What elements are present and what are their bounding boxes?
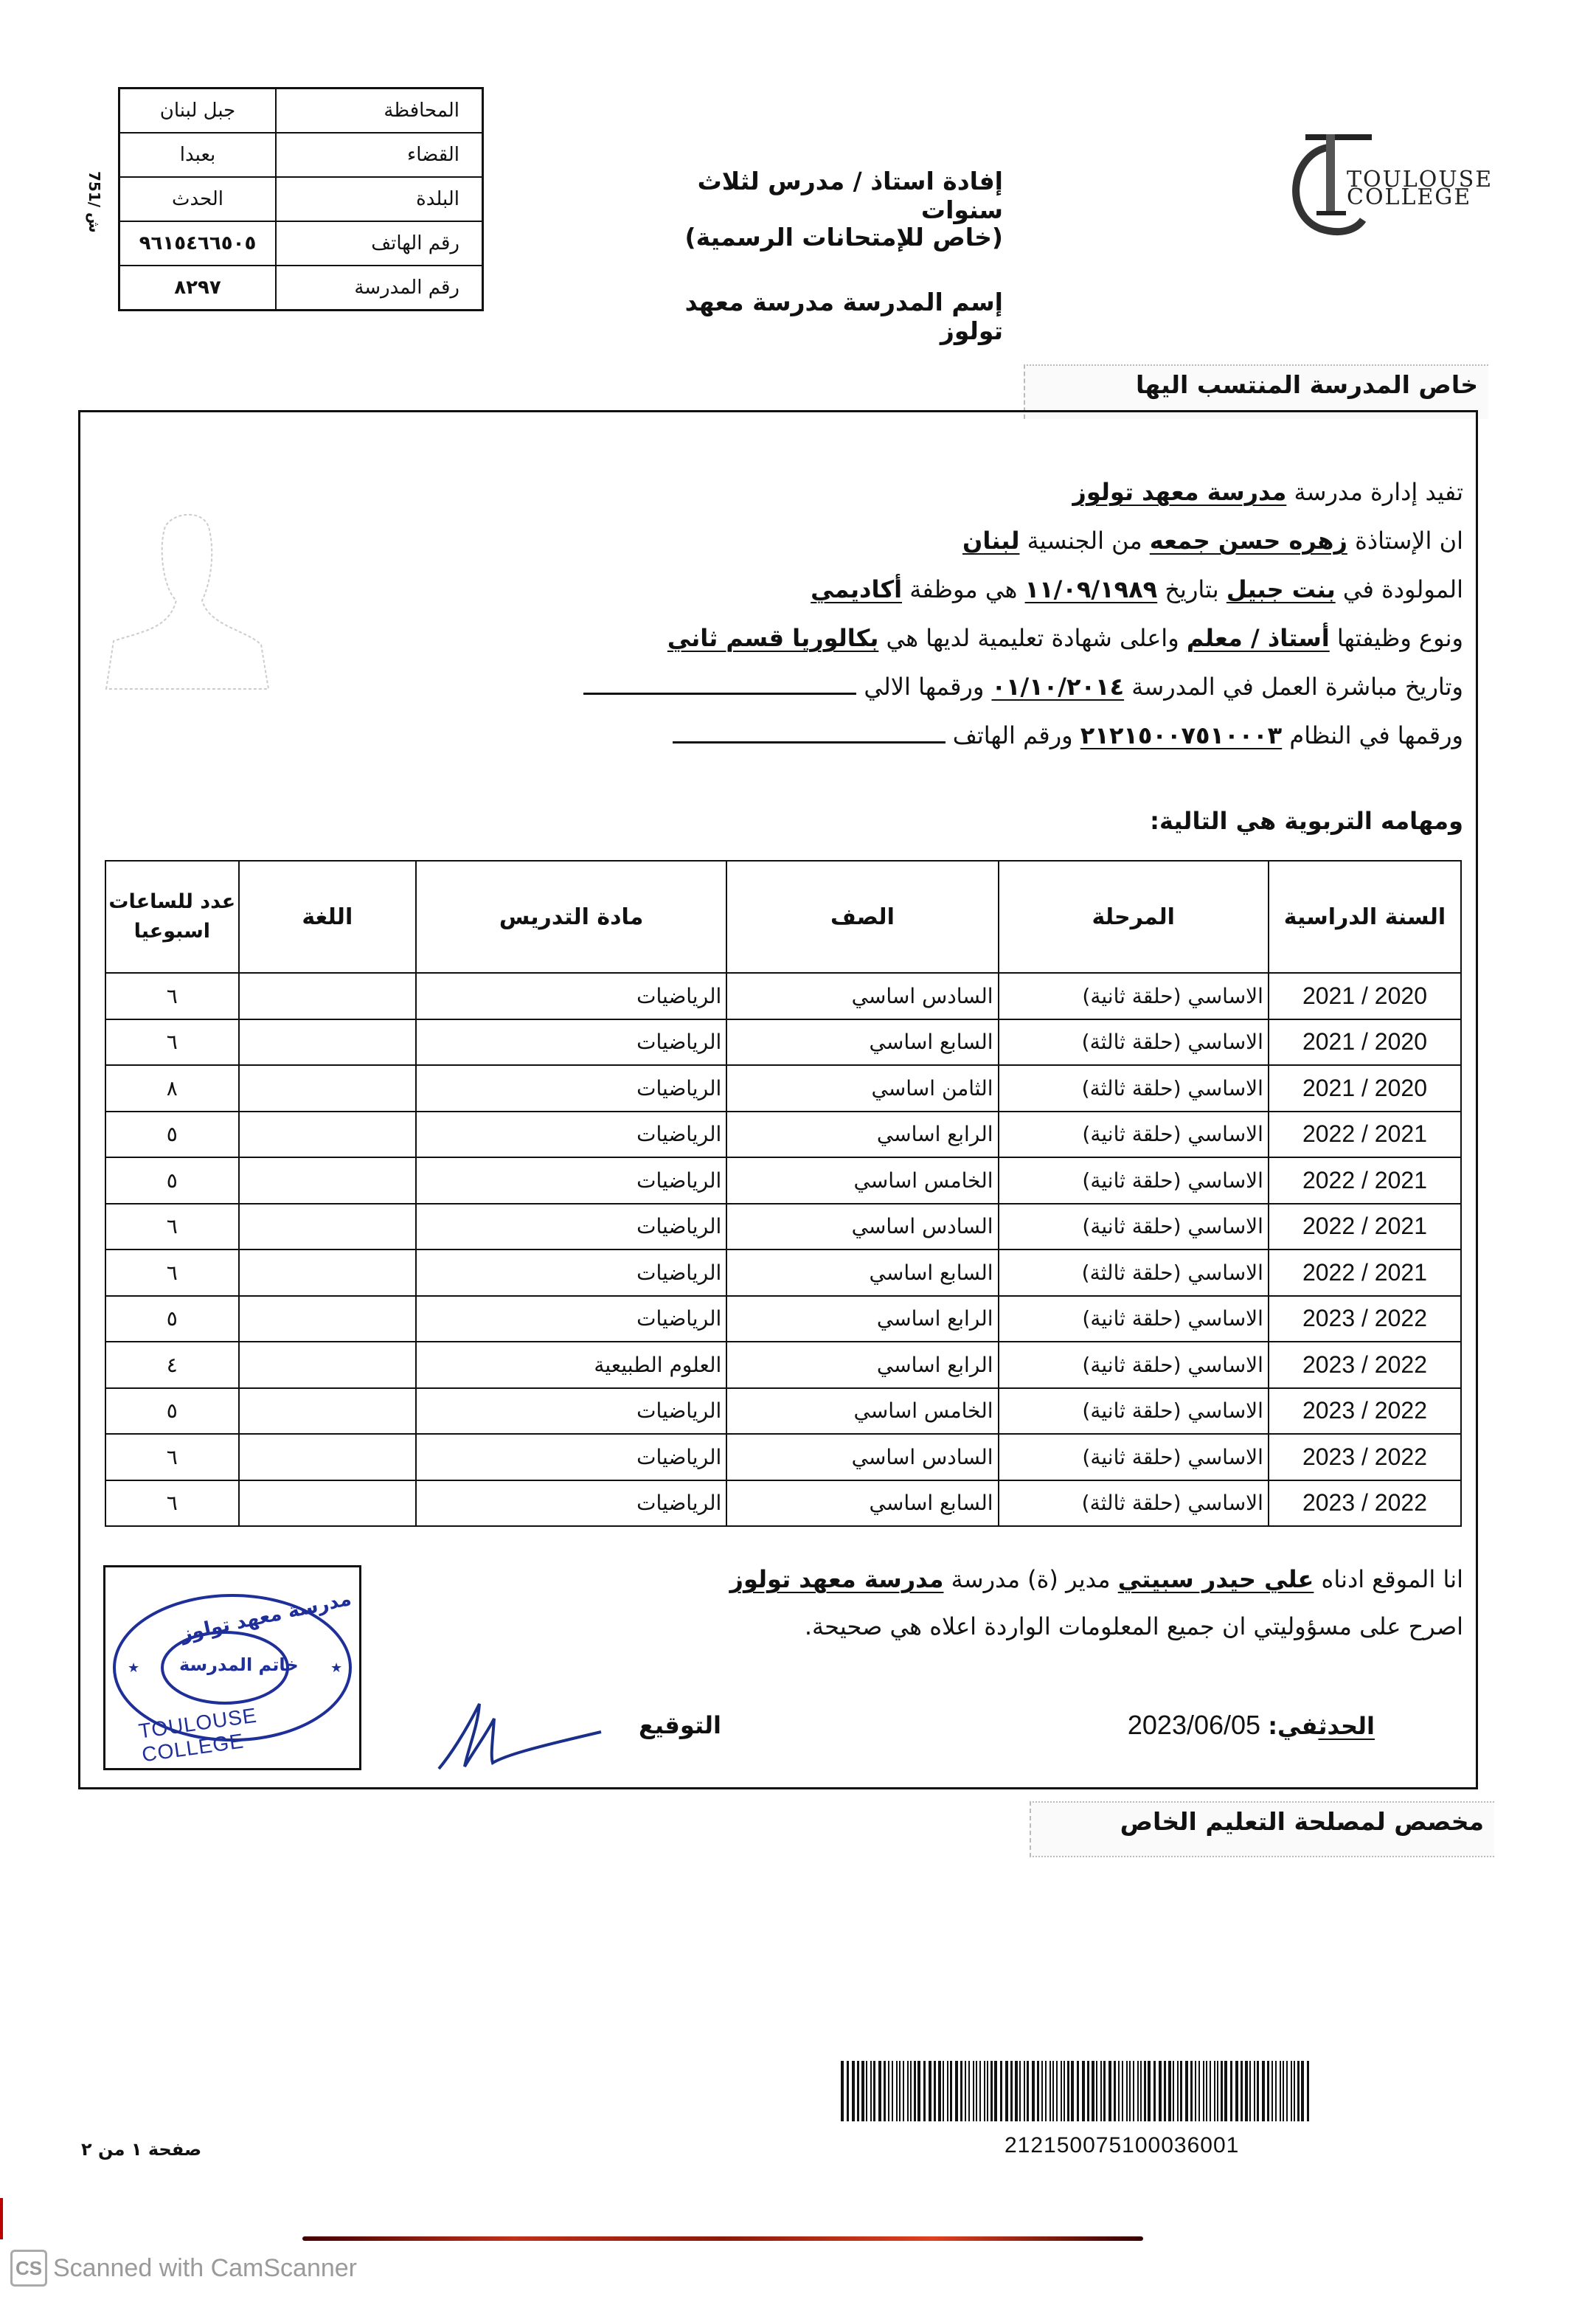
table-row: 2021 / 2022الاساسي (حلقة ثانية)الرابع اس…: [105, 1112, 1461, 1158]
grade-cell: الخامس اساسي: [726, 1157, 998, 1204]
hours-cell: ٥: [105, 1388, 239, 1435]
body-line-5: وتاريخ مباشرة العمل في المدرسة ٠١/١٠/٢٠١…: [583, 673, 1463, 701]
language-cell: [239, 1019, 416, 1066]
grade-cell: السادس اساسي: [726, 1434, 998, 1480]
document-subtitle: (خاص للإمتحانات الرسمية): [620, 223, 1003, 252]
grade-cell: السادس اساسي: [726, 973, 998, 1019]
language-cell: [239, 1388, 416, 1435]
birth-date-value: ١١/٠٩/١٩٨٩: [1025, 575, 1158, 603]
info-label: المحافظة: [276, 89, 483, 134]
subject-cell: الرياضيات: [416, 1019, 726, 1066]
camscanner-logo-icon: CS: [10, 2250, 47, 2287]
info-label: القضاء: [276, 133, 483, 177]
language-cell: [239, 1157, 416, 1204]
grade-cell: الرابع اساسي: [726, 1112, 998, 1158]
header-weekly-hours: عدد للساعات اسبوعيا: [105, 861, 239, 973]
stamp-box: ★ ★ مدرسة معهد تولوز خاتم المدرسة TOULOU…: [103, 1565, 361, 1770]
signature-mark: [435, 1689, 612, 1781]
section-label-private-education: مخصص لمصلحة التعليم الخاص: [1030, 1801, 1494, 1857]
degree-value: بكالوريا قسم ثاني: [667, 624, 878, 652]
declaration-date: 2023/06/05: [1128, 1710, 1260, 1740]
barcode-icon: [841, 2061, 1438, 2121]
start-date-value: ٠١/١٠/٢٠١٤: [991, 673, 1124, 701]
year-cell: 2021 / 2022: [1269, 1112, 1461, 1158]
duties-intro: ومهامه التربوية هي التالية:: [1150, 807, 1463, 835]
table-row: 2021 / 2022الاساسي (حلقة ثانية)الخامس اس…: [105, 1157, 1461, 1204]
grade-cell: السابع اساسي: [726, 1249, 998, 1296]
grade-cell: السابع اساسي: [726, 1480, 998, 1527]
stage-cell: الاساسي (حلقة ثالثة): [999, 1019, 1269, 1066]
year-cell: 2020 / 2021: [1269, 1065, 1461, 1112]
toulouse-college-logo: TOULOUSE COLLEGE: [1276, 118, 1468, 243]
phone-blank: [673, 741, 946, 744]
info-label: البلدة: [276, 177, 483, 221]
header-grade: الصف: [726, 861, 998, 973]
body-line-4: ونوع وظيفتها أستاذ / معلم واعلى شهادة تع…: [667, 624, 1463, 652]
declaration-line-1: انا الموقع ادناه علي حيدر سبيتي مدير (ة)…: [730, 1565, 1463, 1593]
reference-number-vertical: 751/ ش: [86, 171, 103, 233]
stage-cell: الاساسي (حلقة ثانية): [999, 1342, 1269, 1388]
auto-number-blank: [583, 693, 856, 695]
body-line-2: ان الإستاذة زهره حسن جمعه من الجنسية لبن…: [962, 527, 1463, 555]
stage-cell: الاساسي (حلقة ثالثة): [999, 1065, 1269, 1112]
scan-edge-mark: [0, 2198, 3, 2239]
photo-placeholder: [99, 460, 276, 696]
language-cell: [239, 1112, 416, 1158]
info-value: ٨٢٩٧: [119, 266, 277, 311]
subject-cell: الرياضيات: [416, 1157, 726, 1204]
signature-label: التوقيع: [639, 1711, 721, 1739]
grade-cell: الرابع اساسي: [726, 1296, 998, 1342]
birth-place-value: بنت جبيل: [1227, 575, 1336, 603]
teaching-duties-table: السنة الدراسية المرحلة الصف مادة التدريس…: [105, 860, 1462, 1527]
hours-cell: ٥: [105, 1112, 239, 1158]
info-row-governorate: المحافظةجبل لبنان: [119, 89, 483, 134]
subject-cell: الرياضيات: [416, 1388, 726, 1435]
info-row-school-number: رقم المدرسة٨٢٩٧: [119, 266, 483, 311]
hours-cell: ٤: [105, 1342, 239, 1388]
body-line-3: المولودة في بنت جبيل بتاريخ ١١/٠٩/١٩٨٩ ه…: [811, 575, 1463, 603]
year-cell: 2022 / 2023: [1269, 1434, 1461, 1480]
subject-cell: الرياضيات: [416, 1434, 726, 1480]
school-name-value: مدرسة معهد تولوز: [1072, 478, 1286, 506]
subject-cell: الرياضيات: [416, 1065, 726, 1112]
stage-cell: الاساسي (حلقة ثانية): [999, 1296, 1269, 1342]
table-row: 2022 / 2023الاساسي (حلقة ثانية)الرابع اس…: [105, 1342, 1461, 1388]
header-stage: المرحلة: [999, 861, 1269, 973]
language-cell: [239, 1296, 416, 1342]
hours-cell: ٦: [105, 1480, 239, 1527]
info-value: الحدث: [119, 177, 277, 221]
document-title: إفادة استاذ / مدرس لثلاث سنوات: [620, 167, 1003, 224]
svg-text:★: ★: [330, 1660, 342, 1676]
info-value: بعبدا: [119, 133, 277, 177]
info-row-district: القضاءبعبدا: [119, 133, 483, 177]
info-row-phone: رقم الهاتف٩٦١٥٤٦٦٥٠٥: [119, 221, 483, 266]
hours-cell: ٦: [105, 1434, 239, 1480]
grade-cell: السادس اساسي: [726, 1204, 998, 1250]
table-row: 2021 / 2022الاساسي (حلقة ثانية)السادس اس…: [105, 1204, 1461, 1250]
year-cell: 2022 / 2023: [1269, 1342, 1461, 1388]
year-cell: 2021 / 2022: [1269, 1249, 1461, 1296]
header-subject: مادة التدريس: [416, 861, 726, 973]
declaration-line-2: اصرح على مسؤوليتي ان جميع المعلومات الوا…: [805, 1612, 1463, 1640]
grade-cell: السابع اساسي: [726, 1019, 998, 1066]
scan-edge-line: [302, 2236, 1143, 2241]
language-cell: [239, 1065, 416, 1112]
page-indicator: صفحة ١ من ٢: [81, 2139, 201, 2160]
stage-cell: الاساسي (حلقة ثانية): [999, 1112, 1269, 1158]
info-row-town: البلدةالحدث: [119, 177, 483, 221]
info-label: رقم الهاتف: [276, 221, 483, 266]
hours-cell: ٦: [105, 1019, 239, 1066]
table-row: 2022 / 2023الاساسي (حلقة ثانية)الخامس اس…: [105, 1388, 1461, 1435]
language-cell: [239, 1342, 416, 1388]
hours-cell: ٥: [105, 1157, 239, 1204]
year-cell: 2022 / 2023: [1269, 1388, 1461, 1435]
subject-cell: الرياضيات: [416, 1480, 726, 1527]
header-academic-year: السنة الدراسية: [1269, 861, 1461, 973]
place-date-line: الحدثفي: 2023/06/05: [1128, 1710, 1375, 1741]
table-row: 2022 / 2023الاساسي (حلقة ثالثة)السابع اس…: [105, 1480, 1461, 1527]
year-cell: 2020 / 2021: [1269, 1019, 1461, 1066]
school-info-table: المحافظةجبل لبنان القضاءبعبدا البلدةالحد…: [118, 87, 484, 311]
stage-cell: الاساسي (حلقة ثانية): [999, 1434, 1269, 1480]
grade-cell: الخامس اساسي: [726, 1388, 998, 1435]
subject-cell: الرياضيات: [416, 1112, 726, 1158]
school-name-line: إسم المدرسة مدرسة معهد تولوز: [620, 288, 1003, 345]
place-value: الحدث: [1318, 1712, 1375, 1740]
stage-cell: الاساسي (حلقة ثالثة): [999, 1249, 1269, 1296]
hours-cell: ٥: [105, 1296, 239, 1342]
svg-text:★: ★: [128, 1660, 139, 1676]
subject-cell: العلوم الطبيعية: [416, 1342, 726, 1388]
info-label: رقم المدرسة: [276, 266, 483, 311]
camscanner-text: Scanned with CamScanner: [53, 2254, 357, 2283]
hours-cell: ٦: [105, 973, 239, 1019]
language-cell: [239, 973, 416, 1019]
body-line-1: تفيد إدارة مدرسة مدرسة معهد تولوز: [1072, 478, 1463, 506]
nationality-value: لبنان: [962, 527, 1019, 555]
header-language: اللغة: [239, 861, 416, 973]
teacher-name-value: زهره حسن جمعه: [1150, 527, 1347, 555]
subject-cell: الرياضيات: [416, 973, 726, 1019]
camscanner-watermark: CS Scanned with CamScanner: [10, 2250, 357, 2287]
subject-cell: الرياضيات: [416, 1204, 726, 1250]
year-cell: 2022 / 2023: [1269, 1480, 1461, 1527]
year-cell: 2021 / 2022: [1269, 1157, 1461, 1204]
hours-cell: ٨: [105, 1065, 239, 1112]
language-cell: [239, 1434, 416, 1480]
barcode-number: 212150075100036001: [1005, 2133, 1239, 2158]
hours-cell: ٦: [105, 1204, 239, 1250]
language-cell: [239, 1249, 416, 1296]
system-number-value: ٢١٢١٥٠٠٧٥١٠٠٠٣: [1080, 721, 1282, 749]
table-row: 2022 / 2023الاساسي (حلقة ثانية)الرابع اس…: [105, 1296, 1461, 1342]
year-cell: 2020 / 2021: [1269, 973, 1461, 1019]
grade-cell: الثامن اساسي: [726, 1065, 998, 1112]
stamp-inner-text: خاتم المدرسة: [179, 1654, 299, 1675]
employee-type-value: أكاديمي: [811, 575, 902, 603]
table-row: 2020 / 2021الاساسي (حلقة ثالثة)السابع اس…: [105, 1019, 1461, 1066]
grade-cell: الرابع اساسي: [726, 1342, 998, 1388]
table-row: 2021 / 2022الاساسي (حلقة ثالثة)السابع اس…: [105, 1249, 1461, 1296]
language-cell: [239, 1204, 416, 1250]
subject-cell: الرياضيات: [416, 1249, 726, 1296]
year-cell: 2022 / 2023: [1269, 1296, 1461, 1342]
stage-cell: الاساسي (حلقة ثالثة): [999, 1480, 1269, 1527]
stage-cell: الاساسي (حلقة ثانية): [999, 1388, 1269, 1435]
hours-cell: ٦: [105, 1249, 239, 1296]
table-header-row: السنة الدراسية المرحلة الصف مادة التدريس…: [105, 861, 1461, 973]
info-value: جبل لبنان: [119, 89, 277, 134]
language-cell: [239, 1480, 416, 1527]
logo-line2: COLLEGE: [1347, 189, 1493, 207]
table-row: 2022 / 2023الاساسي (حلقة ثانية)السادس اس…: [105, 1434, 1461, 1480]
declaration-school-value: مدرسة معهد تولوز: [730, 1565, 944, 1593]
stage-cell: الاساسي (حلقة ثانية): [999, 1157, 1269, 1204]
body-line-6: ورقمها في النظام ٢١٢١٥٠٠٧٥١٠٠٠٣ ورقم اله…: [673, 721, 1463, 749]
job-type-value: أستاذ / معلم: [1187, 624, 1330, 652]
info-value: ٩٦١٥٤٦٦٥٠٥: [119, 221, 277, 266]
director-name-value: علي حيدر سبيتي: [1118, 1565, 1314, 1593]
subject-cell: الرياضيات: [416, 1296, 726, 1342]
stage-cell: الاساسي (حلقة ثانية): [999, 1204, 1269, 1250]
table-row: 2020 / 2021الاساسي (حلقة ثانية)السادس اس…: [105, 973, 1461, 1019]
year-cell: 2021 / 2022: [1269, 1204, 1461, 1250]
stage-cell: الاساسي (حلقة ثانية): [999, 973, 1269, 1019]
table-row: 2020 / 2021الاساسي (حلقة ثالثة)الثامن اس…: [105, 1065, 1461, 1112]
